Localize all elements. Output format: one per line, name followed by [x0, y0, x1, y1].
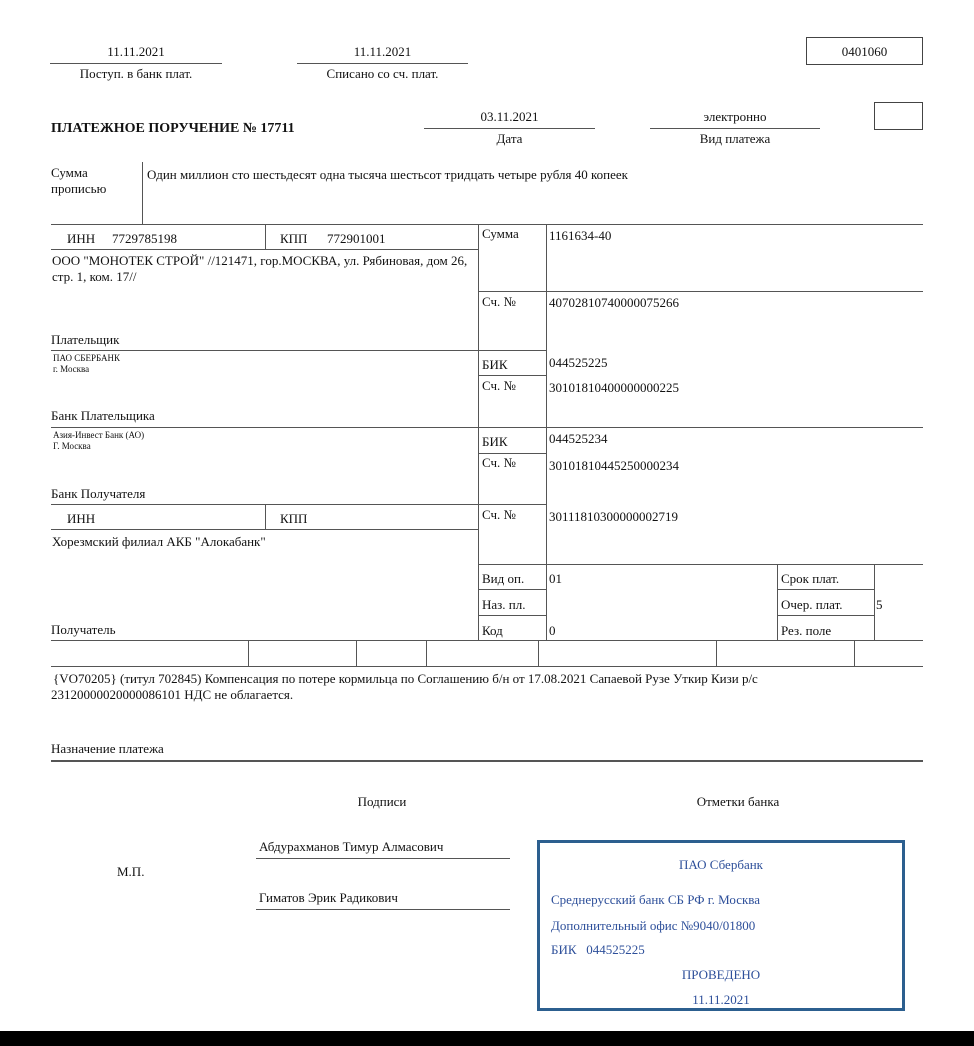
- op-type: 01: [549, 571, 562, 587]
- divider: [424, 128, 595, 129]
- status-box: [874, 102, 923, 130]
- divider: [716, 640, 717, 666]
- payer-bank-name: ПАО СБЕРБАНК г. Москва: [53, 353, 120, 376]
- divider: [777, 615, 874, 616]
- document-date: 03.11.2021: [424, 109, 595, 125]
- signer-2: Гиматов Эрик Радикович: [259, 890, 398, 906]
- stamp-branch: Среднерусский банк СБ РФ г. Москва: [551, 892, 760, 908]
- reserve-label: Рез. поле: [781, 623, 831, 639]
- stamp-bank: ПАО Сбербанк: [540, 857, 902, 873]
- payee-name: Хорезмский филиал АКБ "Алокабанк": [52, 534, 266, 550]
- divider: [51, 760, 923, 762]
- divider: [777, 564, 778, 640]
- divider: [874, 564, 875, 640]
- payment-type-label: Вид платежа: [650, 131, 820, 147]
- op-type-label: Вид оп.: [482, 571, 524, 587]
- divider: [478, 375, 546, 376]
- payer-kpp: 772901001: [327, 231, 386, 247]
- form-code: 0401060: [842, 44, 888, 59]
- code-label: Код: [482, 623, 503, 639]
- divider: [356, 640, 357, 666]
- payer-bank-account-label: Сч. №: [482, 378, 516, 394]
- form-code-box: 0401060: [806, 37, 923, 65]
- payer-account-label: Сч. №: [482, 294, 516, 310]
- bank-stamp: ПАО Сбербанк Среднерусский банк СБ РФ г.…: [537, 840, 905, 1011]
- stamp-bik: БИК 044525225: [551, 942, 645, 958]
- payee-bank-label: Банк Получателя: [51, 486, 145, 502]
- divider: [478, 224, 479, 640]
- payer-kpp-label: КПП: [280, 231, 307, 247]
- divider: [51, 249, 478, 250]
- payer-bank-account: 30101810400000000225: [549, 380, 679, 396]
- stamp-date: 11.11.2021: [540, 992, 902, 1008]
- signature-line-1: [256, 858, 510, 859]
- payee-account-label: Сч. №: [482, 507, 516, 523]
- payer-inn: 7729785198: [112, 231, 177, 247]
- received-label: Поступ. в банк плат.: [50, 66, 222, 82]
- divider: [854, 640, 855, 666]
- divider: [546, 224, 547, 640]
- divider: [478, 453, 546, 454]
- divider: [51, 504, 546, 505]
- divider: [650, 128, 820, 129]
- stamp-office: Дополнительный офис №9040/01800: [551, 918, 755, 934]
- divider: [51, 666, 923, 667]
- payer-inn-label: ИНН: [67, 231, 95, 247]
- purpose-code-label: Наз. пл.: [482, 597, 526, 613]
- priority-label: Очер. плат.: [781, 597, 843, 613]
- stamp-status: ПРОВЕДЕНО: [540, 967, 902, 983]
- bank-marks-label: Отметки банка: [668, 794, 808, 810]
- amount-words-value: Один миллион сто шестьдесят одна тысяча …: [147, 167, 628, 183]
- payee-kpp-label: КПП: [280, 511, 307, 527]
- debited-date: 11.11.2021: [297, 44, 468, 60]
- priority-value: 5: [876, 597, 883, 613]
- divider: [51, 427, 923, 428]
- payer-label: Плательщик: [51, 332, 119, 348]
- code-value: 0: [549, 623, 556, 639]
- payer-bank-bik-label: БИК: [482, 357, 508, 373]
- payee-label: Получатель: [51, 622, 116, 638]
- received-date: 11.11.2021: [50, 44, 222, 60]
- divider: [51, 529, 478, 530]
- purpose-label: Назначение платежа: [51, 741, 164, 757]
- divider: [265, 224, 266, 249]
- debited-label: Списано со сч. плат.: [297, 66, 468, 82]
- divider: [265, 504, 266, 529]
- divider: [538, 640, 539, 666]
- amount-value: 1161634-40: [549, 228, 611, 244]
- divider: [51, 640, 923, 641]
- payee-account: 30111810300000002719: [549, 509, 678, 525]
- divider: [51, 224, 923, 225]
- payer-bank-label: Банк Плательщика: [51, 408, 155, 424]
- divider: [51, 350, 546, 351]
- amount-label: Сумма: [482, 226, 519, 242]
- divider: [478, 615, 546, 616]
- payee-bank-bik-label: БИК: [482, 434, 508, 450]
- divider: [142, 162, 143, 224]
- signature-line-2: [256, 909, 510, 910]
- divider: [777, 589, 874, 590]
- payee-bank-account: 30101810445250000234: [549, 458, 679, 474]
- page-title: ПЛАТЕЖНОЕ ПОРУЧЕНИЕ № 17711: [51, 121, 295, 138]
- payee-bank-account-label: Сч. №: [482, 455, 516, 471]
- divider: [297, 63, 468, 64]
- payer-name: ООО "МОНОТЕК СТРОЙ" //121471, гор.МОСКВА…: [52, 253, 476, 286]
- amount-words-label: Сумма прописью: [51, 165, 136, 198]
- divider: [50, 63, 222, 64]
- stamp-place: М.П.: [117, 864, 144, 880]
- divider: [478, 589, 546, 590]
- payer-account: 40702810740000075266: [549, 295, 679, 311]
- purpose-text-line1: {VO70205} (титул 702845) Компенсация по …: [53, 671, 758, 687]
- payee-bank-bik: 044525234: [549, 431, 608, 447]
- payee-bank-name: Азия-Инвест Банк (АО) Г. Москва: [53, 430, 144, 453]
- signer-1: Абдурахманов Тимур Алмасович: [259, 839, 443, 855]
- purpose-text-line2: 23120000020000086101 НДС не облагается.: [51, 687, 293, 703]
- payee-inn-label: ИНН: [67, 511, 95, 527]
- due-label: Срок плат.: [781, 571, 839, 587]
- payer-bank-bik: 044525225: [549, 355, 608, 371]
- divider: [478, 564, 923, 565]
- payment-type: электронно: [650, 109, 820, 125]
- divider: [478, 291, 923, 292]
- bottom-bar: [0, 1031, 974, 1046]
- divider: [248, 640, 249, 666]
- document-date-label: Дата: [424, 131, 595, 147]
- divider: [426, 640, 427, 666]
- signatures-label: Подписи: [332, 794, 432, 810]
